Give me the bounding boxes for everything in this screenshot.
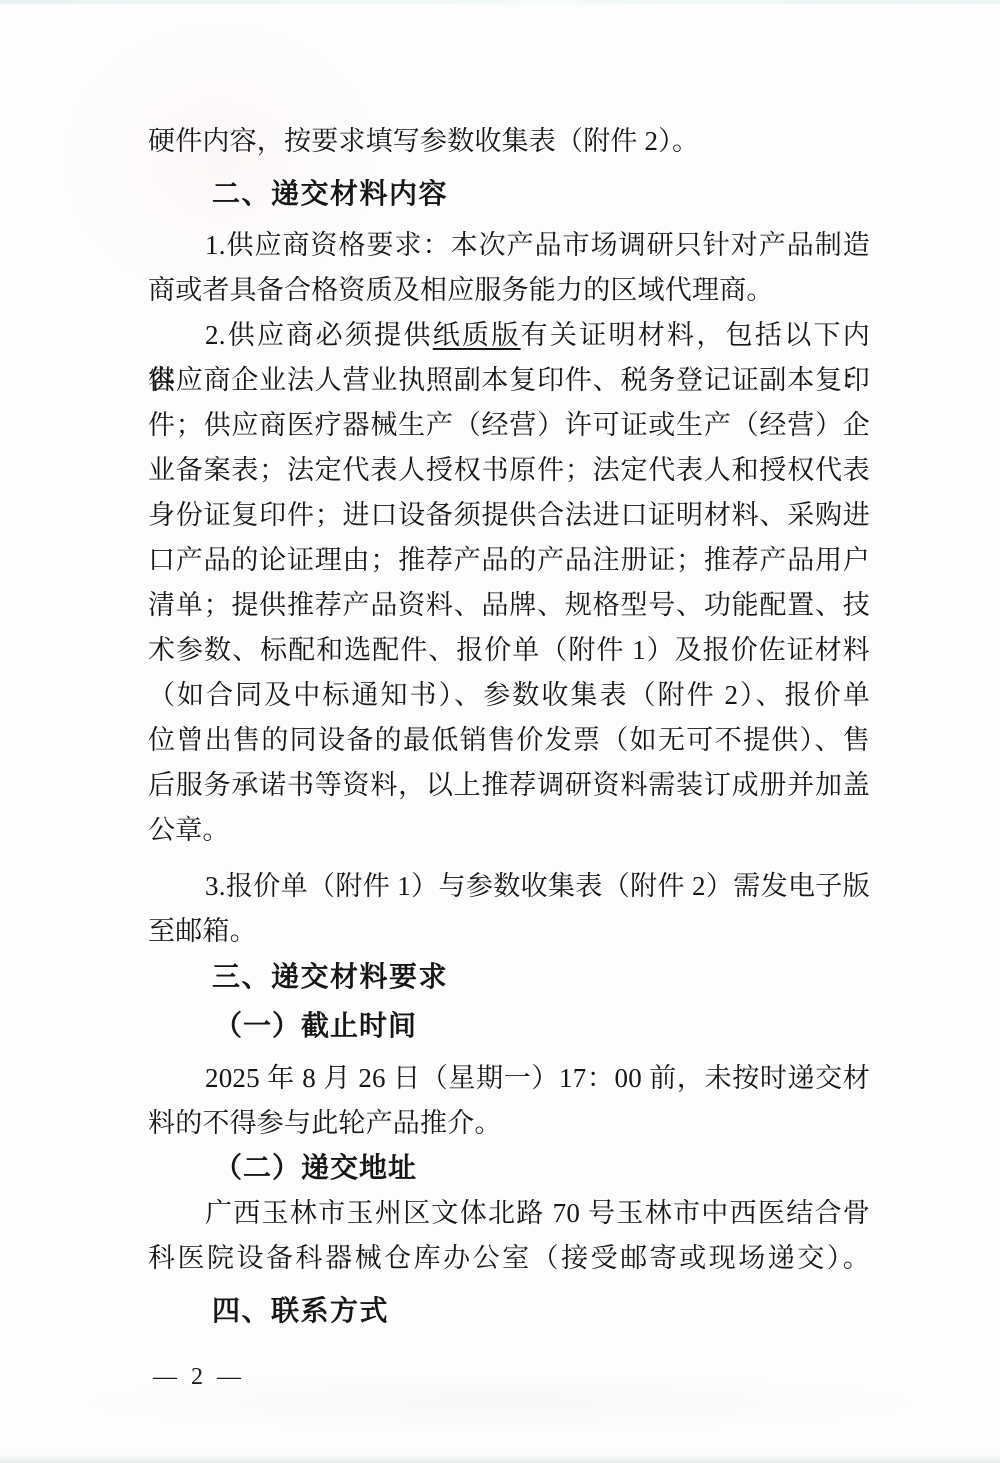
item-2-continuation-line: 件；供应商医疗器械生产（经营）许可证或生产（经营）企 [148, 403, 870, 448]
item-3-electronic-copy-line: 3.报价单（附件 1）与参数收集表（附件 2）需发电子版 [148, 864, 870, 909]
item-3-continuation-line: 至邮箱。 [148, 909, 870, 954]
item-2-last-line: 公章。 [148, 808, 870, 853]
underlined-paper-version: 纸质版 [433, 320, 521, 350]
item-2-continuation-line: 供应商企业法人营业执照副本复印件、税务登记证副本复印 [148, 358, 870, 403]
deadline-continuation-line: 料的不得参与此轮产品推介。 [148, 1101, 870, 1146]
subsection-heading-deadline: （一）截止时间 [148, 1004, 870, 1049]
scan-artifact-top-strip [0, 0, 1000, 4]
delivery-address-line: 广西玉林市玉州区文体北路 70 号玉林市中西医结合骨 [148, 1191, 870, 1236]
item-2-continuation-line: 口产品的论证理由；推荐产品的产品注册证；推荐产品用户 [148, 538, 870, 583]
scan-artifact-bottom-band [0, 1454, 1000, 1463]
item-2-continuation-line: 后服务承诺书等资料，以上推荐调研资料需装订成册并加盖 [148, 763, 870, 808]
delivery-address-continuation-line: 科医院设备科器械仓库办公室（接受邮寄或现场递交）。 [148, 1236, 870, 1281]
document-body: 硬件内容，按要求填写参数收集表（附件 2）。 二、递交材料内容 1.供应商资格要… [148, 119, 870, 1333]
deadline-date-line: 2025 年 8 月 26 日（星期一）17：00 前，未按时递交材 [148, 1056, 870, 1101]
item-2-paper-materials-line: 2.供应商必须提供纸质版有关证明材料，包括以下内容： [148, 313, 870, 358]
item-2-continuation-line: （如合同及中标通知书）、参数收集表（附件 2）、报价单 [148, 673, 870, 718]
item-2-continuation-line: 位曾出售的同设备的最低销售价发票（如无可不提供）、售 [148, 718, 870, 763]
section-heading-3-materials-requirements: 三、递交材料要求 [148, 954, 870, 999]
section-heading-2-materials-content: 二、递交材料内容 [148, 171, 870, 216]
paragraph-continuation-line: 硬件内容，按要求填写参数收集表（附件 2）。 [148, 119, 870, 164]
section-heading-4-contact-info: 四、联系方式 [148, 1288, 870, 1333]
item-2-continuation-line: 术参数、标配和选配件、报价单（附件 1）及报价佐证材料 [148, 628, 870, 673]
item-1-continuation-line: 商或者具备合格资质及相应服务能力的区域代理商。 [148, 268, 870, 313]
page-number: — 2 — [153, 1364, 245, 1391]
item-2-prefix: 2.供应商必须提供 [205, 320, 433, 350]
subsection-heading-delivery-address: （二）递交地址 [148, 1146, 870, 1191]
item-1-supplier-qualification-line: 1.供应商资格要求：本次产品市场调研只针对产品制造 [148, 223, 870, 268]
item-2-continuation-line: 业备案表；法定代表人授权书原件；法定代表人和授权代表 [148, 448, 870, 493]
item-2-continuation-line: 清单；提供推荐产品资料、品牌、规格型号、功能配置、技 [148, 583, 870, 628]
scanned-document-page: 硬件内容，按要求填写参数收集表（附件 2）。 二、递交材料内容 1.供应商资格要… [0, 0, 1000, 1463]
item-2-continuation-line: 身份证复印件；进口设备须提供合法进口证明材料、采购进 [148, 493, 870, 538]
